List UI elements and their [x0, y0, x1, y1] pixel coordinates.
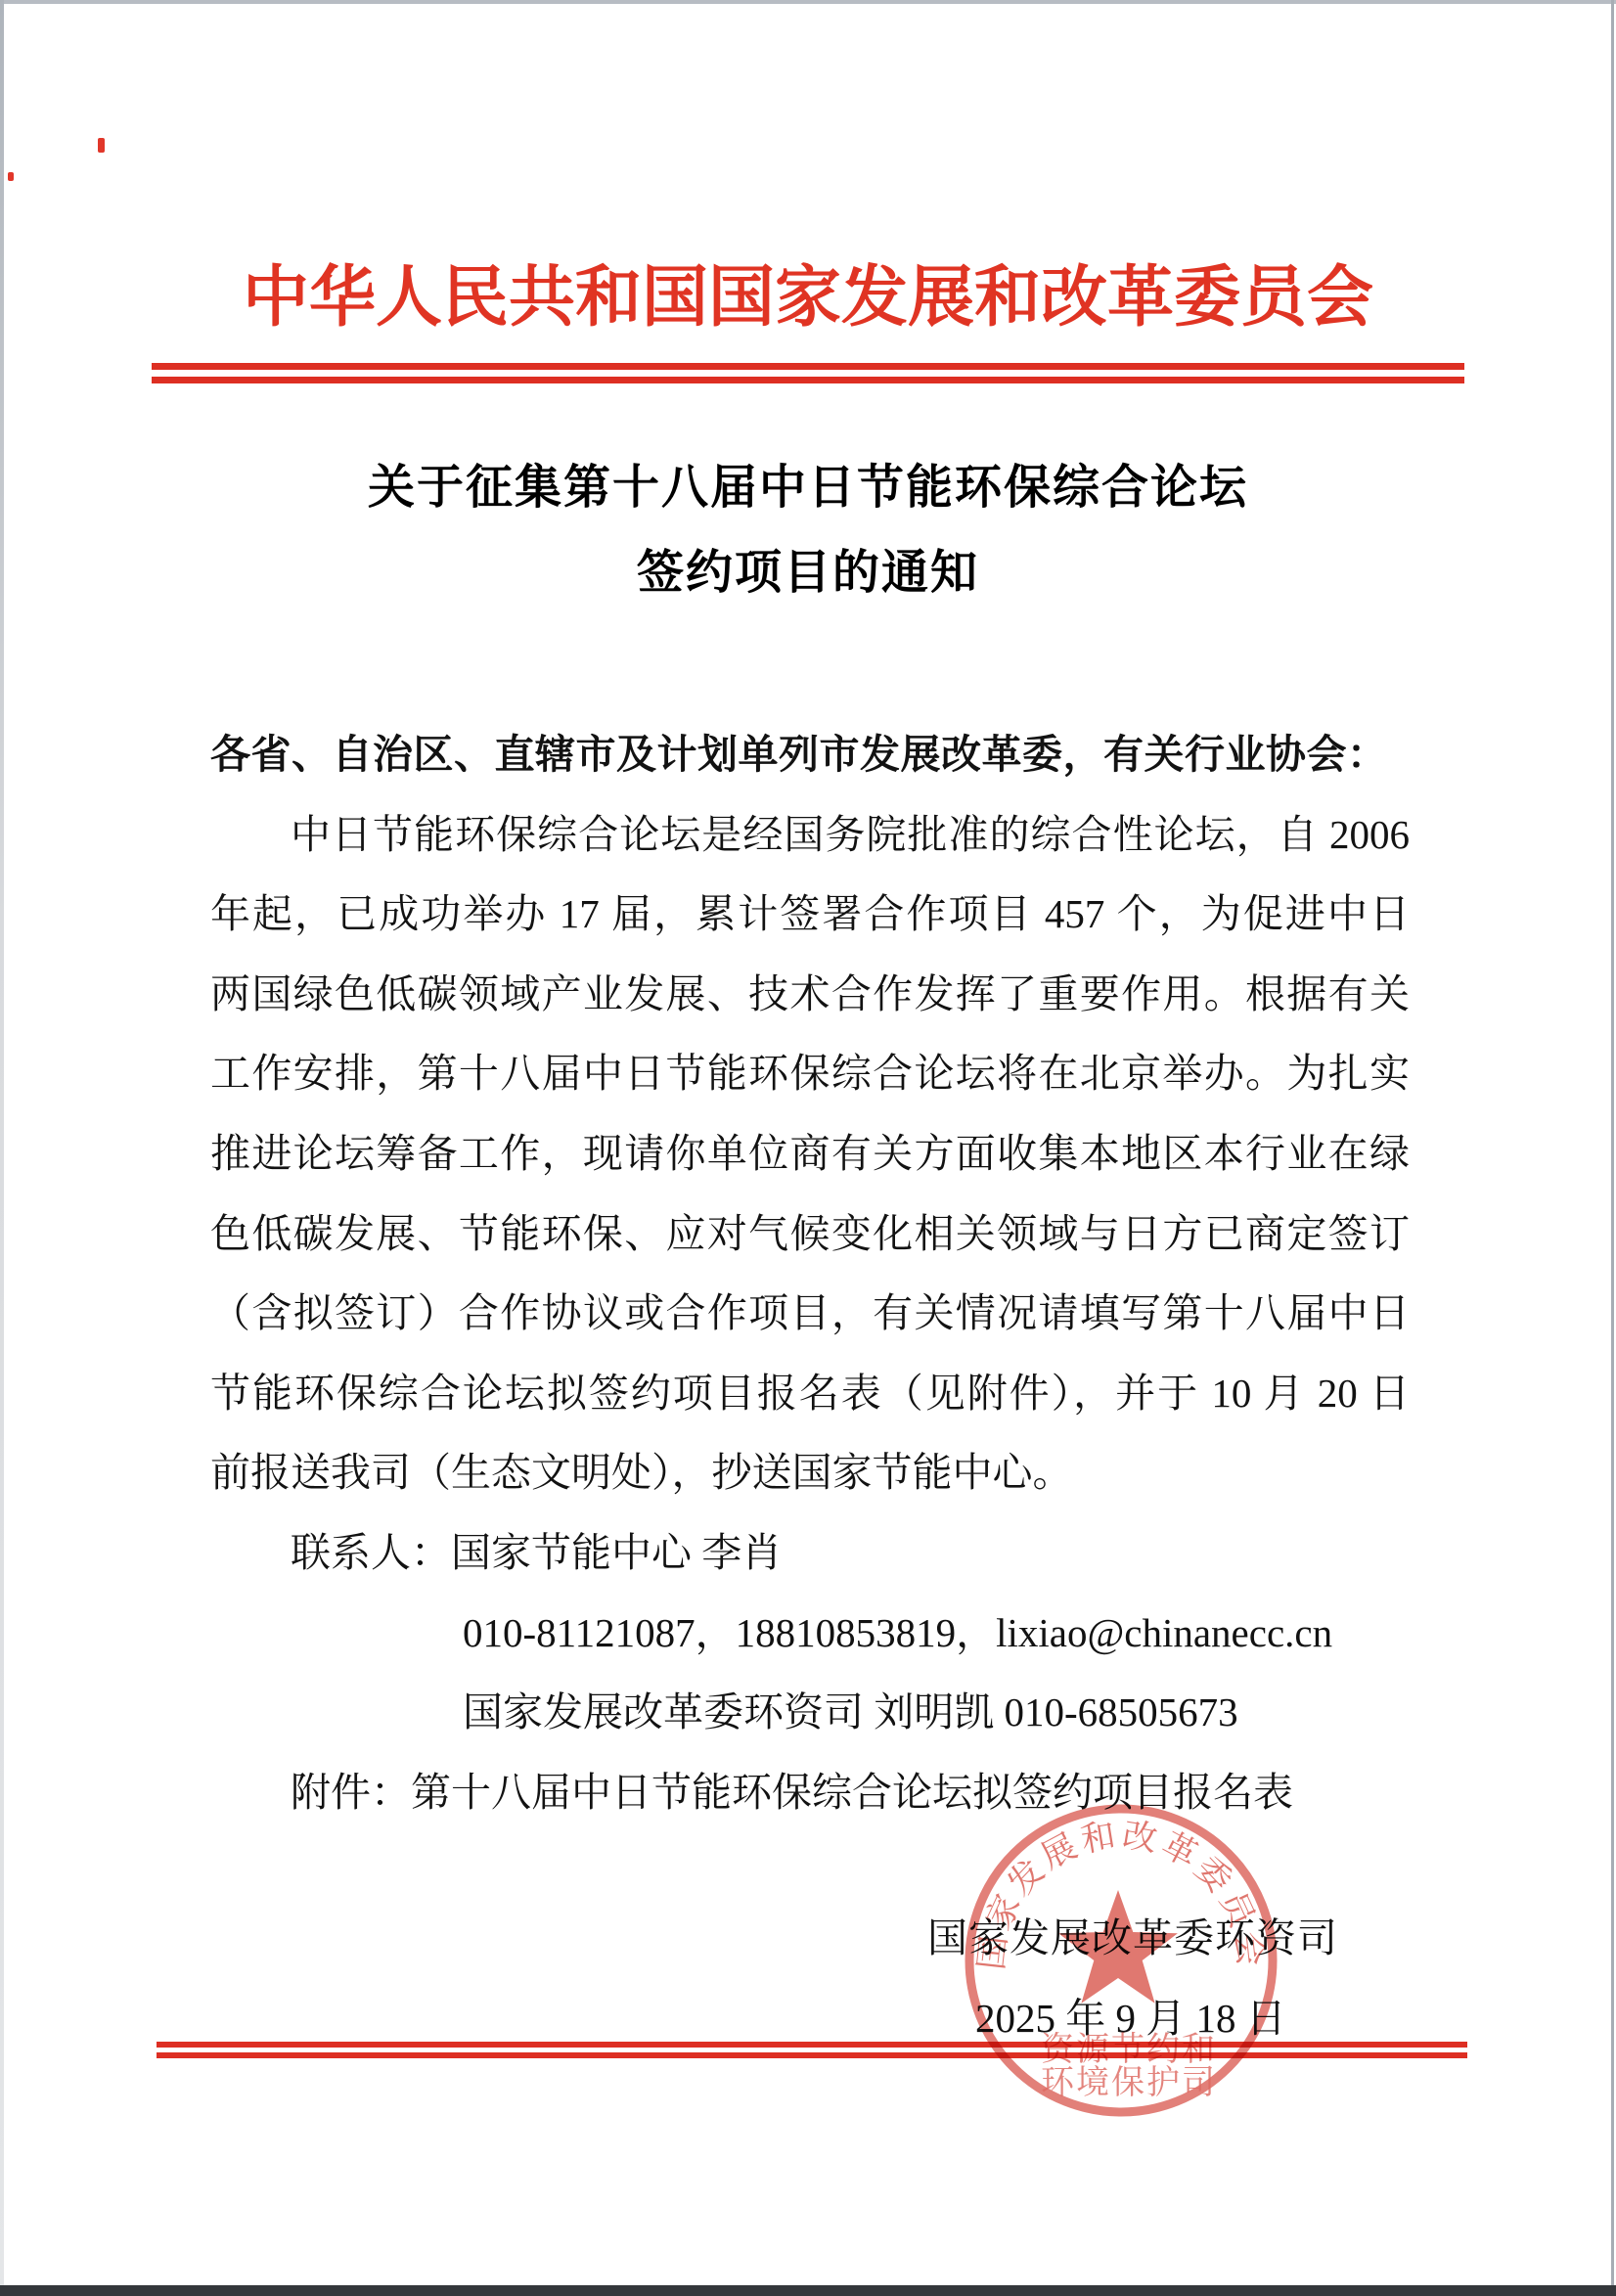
document-title-line2: 签约项目的通知 [0, 530, 1616, 615]
scan-red-speck [98, 138, 105, 153]
paragraph-line: （含拟签订）合作协议或合作项目，有关情况请填写第十八届中日 [210, 1274, 1410, 1354]
header-rule-top [152, 363, 1464, 370]
scan-edge-bottom [0, 2285, 1616, 2296]
salutation-line: 各省、自治区、直辖市及计划单列市发展改革委，有关行业协会： [210, 715, 1410, 795]
paragraph-line: 推进论坛筹备工作，现请你单位商有关方面收集本地区本行业在绿 [210, 1114, 1410, 1194]
seal-star-icon [1058, 1890, 1178, 2003]
official-seal: 国家发展和改革委员会 资源节约和 环境保护司 [955, 1794, 1287, 2127]
contact-line: 国家发展改革委环资司 刘明凯 010-68505673 [210, 1673, 1410, 1753]
paragraph-line: 两国绿色低碳领域产业发展、技术合作发挥了重要作用。根据有关 [210, 955, 1410, 1035]
paragraph-line: 工作安排，第十八届中日节能环保综合论坛将在北京举办。为扎实 [210, 1034, 1410, 1114]
paragraph-line: 色低碳发展、节能环保、应对气候变化相关领域与日方已商定签订 [210, 1194, 1410, 1275]
scan-red-speck [8, 172, 14, 181]
seal-bottom-text-1: 资源节约和 [1041, 2031, 1217, 2068]
paragraph-line: 年起，已成功举办 17 届，累计签署合作项目 457 个，为促进中日 [210, 875, 1410, 955]
scan-edge-right [1611, 0, 1614, 2296]
document-title: 关于征集第十八届中日节能环保综合论坛 签约项目的通知 [0, 445, 1616, 615]
letterhead-org-name: 中华人民共和国国家发展和改革委员会 [0, 245, 1616, 339]
scan-edge-left [0, 0, 4, 2296]
contact-line: 联系人：国家节能中心 李肖 [210, 1513, 1410, 1594]
document-title-line1: 关于征集第十八届中日节能环保综合论坛 [0, 445, 1616, 530]
document-page: 中华人民共和国国家发展和改革委员会 关于征集第十八届中日节能环保综合论坛 签约项… [0, 0, 1616, 2296]
header-rule-bottom [152, 377, 1464, 383]
seal-bottom-text-2: 环境保护司 [1041, 2064, 1217, 2101]
document-body: 各省、自治区、直辖市及计划单列市发展改革委，有关行业协会： 中日节能环保综合论坛… [210, 715, 1410, 1832]
scan-edge-top [0, 0, 1616, 4]
paragraph-line: 前报送我司（生态文明处），抄送国家节能中心。 [210, 1433, 1410, 1513]
paragraph-line: 中日节能环保综合论坛是经国务院批准的综合性论坛，自 2006 [210, 795, 1410, 876]
contact-line: 010-81121087，18810853819，lixiao@chinanec… [210, 1594, 1410, 1674]
paragraph-line: 节能环保综合论坛拟签约项目报名表（见附件），并于 10 月 20 日 [210, 1354, 1410, 1434]
